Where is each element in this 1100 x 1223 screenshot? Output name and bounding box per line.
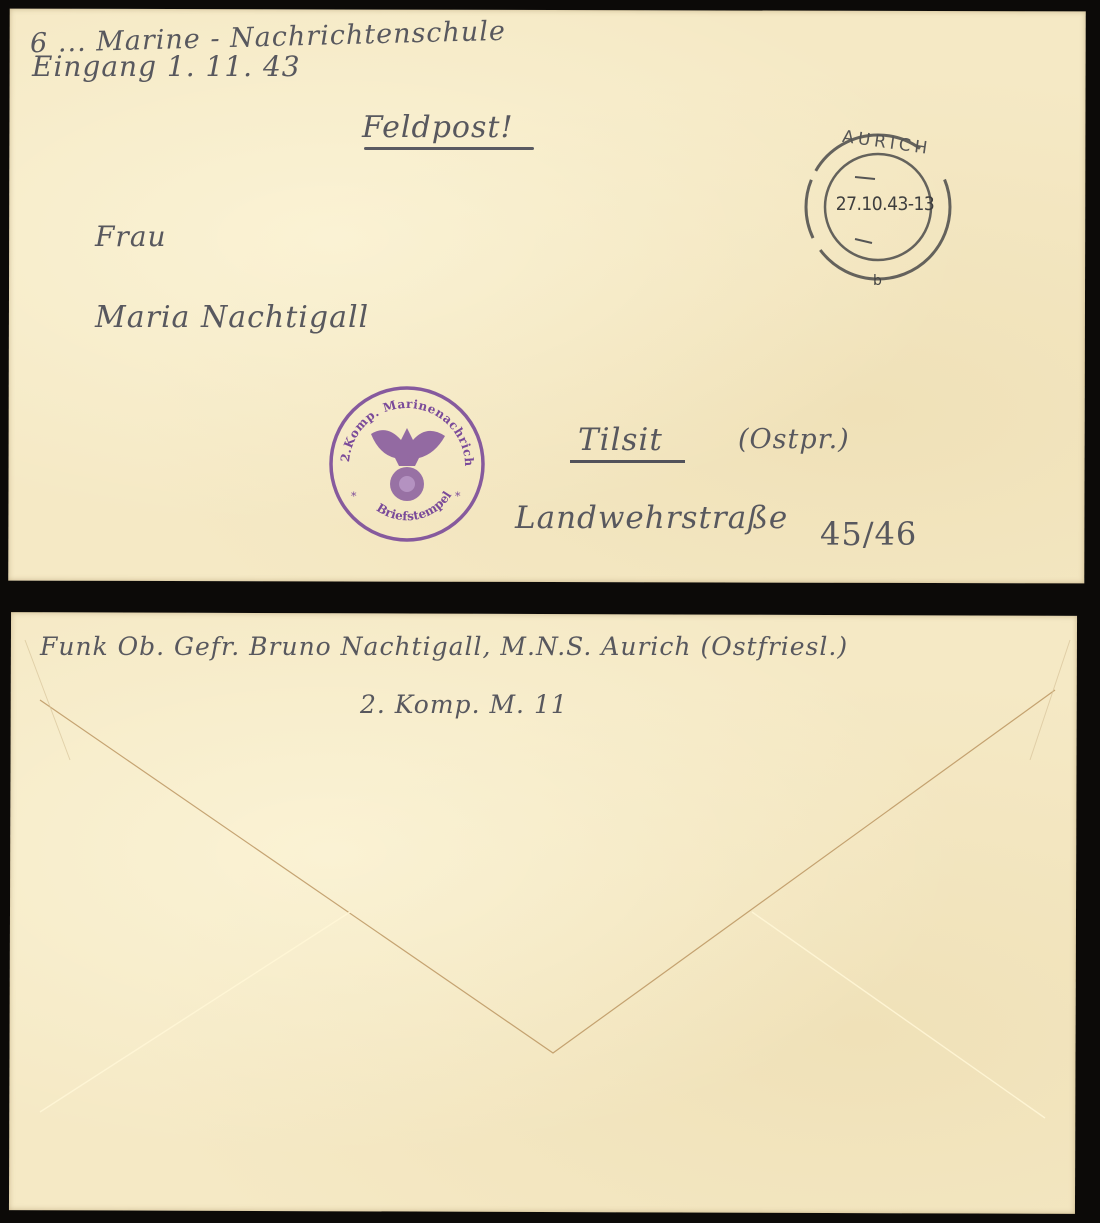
unit-seal-stamp: 2.Komp. Marinenachrichtenschule Aurich B…	[327, 384, 487, 544]
svg-text:*: *	[351, 490, 357, 503]
postmark-sub-letter: b	[873, 273, 882, 287]
aurich-postmark: b AURICH 27.10.43-13	[800, 127, 960, 287]
recipient-city: Tilsit	[578, 422, 663, 458]
recipient-salutation: Frau	[95, 220, 167, 253]
feldpost-mark: Feldpost!	[362, 110, 514, 145]
recipient-name: Maria Nachtigall	[95, 300, 369, 335]
postmark-date: 27.10.43-13	[830, 193, 940, 215]
envelope-front	[8, 9, 1085, 584]
archive-annotation-line2: Eingang 1. 11. 43	[32, 50, 301, 83]
feldpost-underline	[364, 147, 534, 150]
svg-text:*: *	[455, 490, 461, 503]
sender-unit: 2. Komp. M. 11	[360, 690, 568, 719]
city-underline	[570, 460, 685, 463]
recipient-street: Landwehrstraße	[515, 500, 788, 536]
recipient-region: (Ostpr.)	[738, 424, 850, 455]
eagle-emblem-icon: 2.Komp. Marinenachrichtenschule Aurich B…	[327, 384, 487, 544]
sender-address: Funk Ob. Gefr. Bruno Nachtigall, M.N.S. …	[40, 632, 848, 661]
recipient-street-number: 45/46	[820, 515, 917, 553]
scan-canvas: 6 ... Marine - Nachrichtenschule Eingang…	[0, 0, 1100, 1223]
